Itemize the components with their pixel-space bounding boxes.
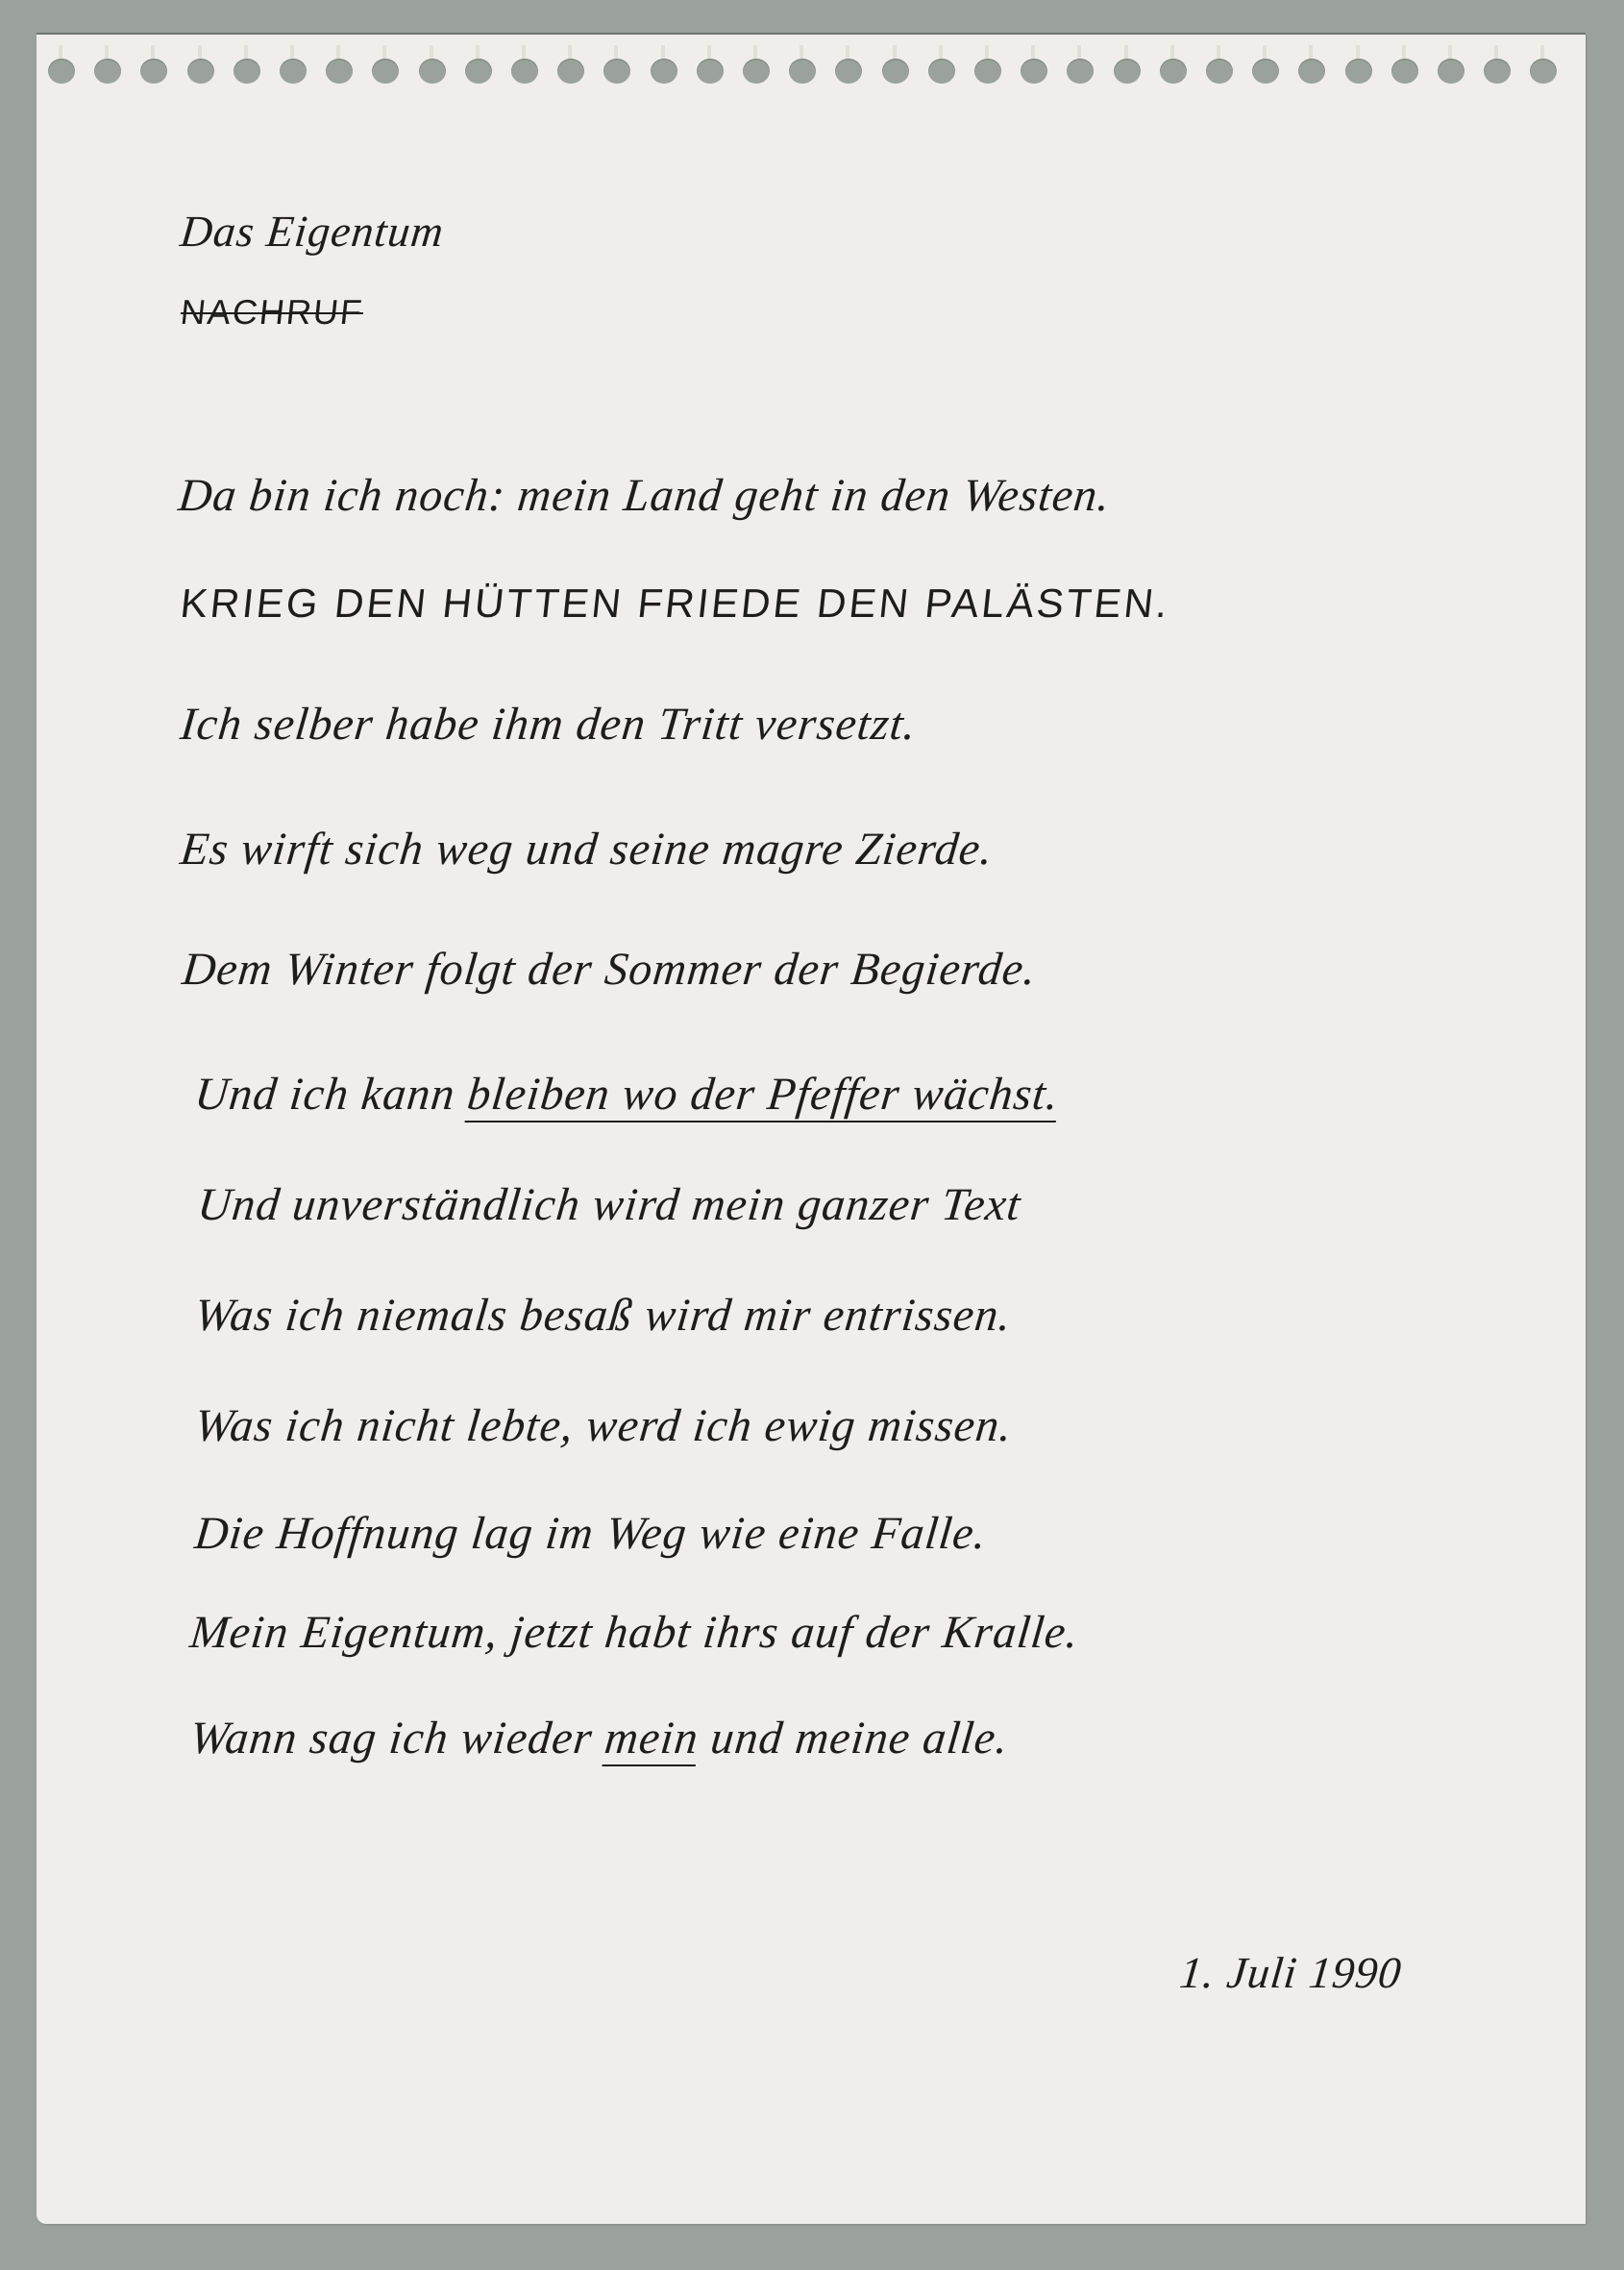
binding-hole — [187, 59, 214, 84]
binding-hole — [326, 59, 353, 84]
binding-hole — [48, 59, 75, 84]
binding-hole — [1206, 59, 1233, 84]
poem-line-5: Dem Winter folgt der Sommer der Begierde… — [180, 943, 1039, 996]
poem-line-7: Und unverständlich wird mein ganzer Text — [195, 1178, 1023, 1231]
binding-hole — [419, 59, 446, 84]
binding-hole — [1484, 59, 1511, 84]
poem-line-9: Was ich nicht lebte, werd ich ewig misse… — [192, 1399, 1015, 1452]
binding-hole — [1021, 59, 1047, 84]
poem-line-12: Wann sag ich wieder mein und meine alle. — [187, 1712, 1011, 1764]
binding-hole — [928, 59, 955, 84]
binding-hole — [372, 59, 399, 84]
binding-hole — [743, 59, 770, 84]
manuscript-date: 1. Juli 1990 — [1177, 1947, 1404, 1998]
poem-line-1: Da bin ich noch: mein Land geht in den W… — [176, 469, 1113, 522]
underlined-phrase: bleiben wo der Pfeffer wächst. — [465, 1069, 1062, 1120]
binding-hole — [1298, 59, 1325, 84]
binding-hole — [1391, 59, 1418, 84]
binding-hole — [974, 59, 1001, 84]
binding-hole — [1252, 59, 1279, 84]
binding-hole — [234, 59, 260, 84]
poem-line-8: Was ich niemals besaß wird mir entrissen… — [192, 1289, 1014, 1342]
poem-line-6: Und ich kann bleiben wo der Pfeffer wäch… — [192, 1068, 1062, 1121]
poem-title: Das Eigentum — [178, 206, 446, 257]
binding-hole — [1067, 59, 1094, 84]
binding-hole — [651, 59, 677, 84]
binding-hole — [1438, 59, 1464, 84]
binding-hole — [1345, 59, 1372, 84]
struck-out-title: NACHRUF — [179, 292, 365, 333]
binding-hole — [882, 59, 909, 84]
poem-line-4: Es wirft sich weg und seine magre Zierde… — [178, 823, 996, 876]
poem-line-3: Ich selber habe ihm den Tritt versetzt. — [178, 698, 919, 751]
binding-hole — [835, 59, 862, 84]
binding-hole — [697, 59, 724, 84]
spiral-binding-holes — [37, 35, 1586, 92]
underlined-word: mein — [603, 1713, 701, 1764]
poem-line-10: Die Hoffnung lag im Weg wie eine Falle. — [192, 1507, 990, 1560]
binding-hole — [603, 59, 630, 84]
binding-hole — [1160, 59, 1187, 84]
binding-hole — [1114, 59, 1141, 84]
binding-hole — [140, 59, 167, 84]
binding-hole — [280, 59, 307, 84]
binding-hole — [465, 59, 492, 84]
poem-line-2: KRIEG DEN HÜTTEN FRIEDE DEN PALÄSTEN. — [178, 580, 1172, 627]
binding-hole — [511, 59, 538, 84]
binding-hole — [94, 59, 121, 84]
notepad-page: Das Eigentum NACHRUF Da bin ich noch: me… — [37, 35, 1586, 2224]
poem-line-11: Mein Eigentum, jetzt habt ihrs auf der K… — [187, 1606, 1081, 1659]
binding-hole — [1530, 59, 1557, 84]
binding-hole — [789, 59, 816, 84]
binding-hole — [557, 59, 584, 84]
